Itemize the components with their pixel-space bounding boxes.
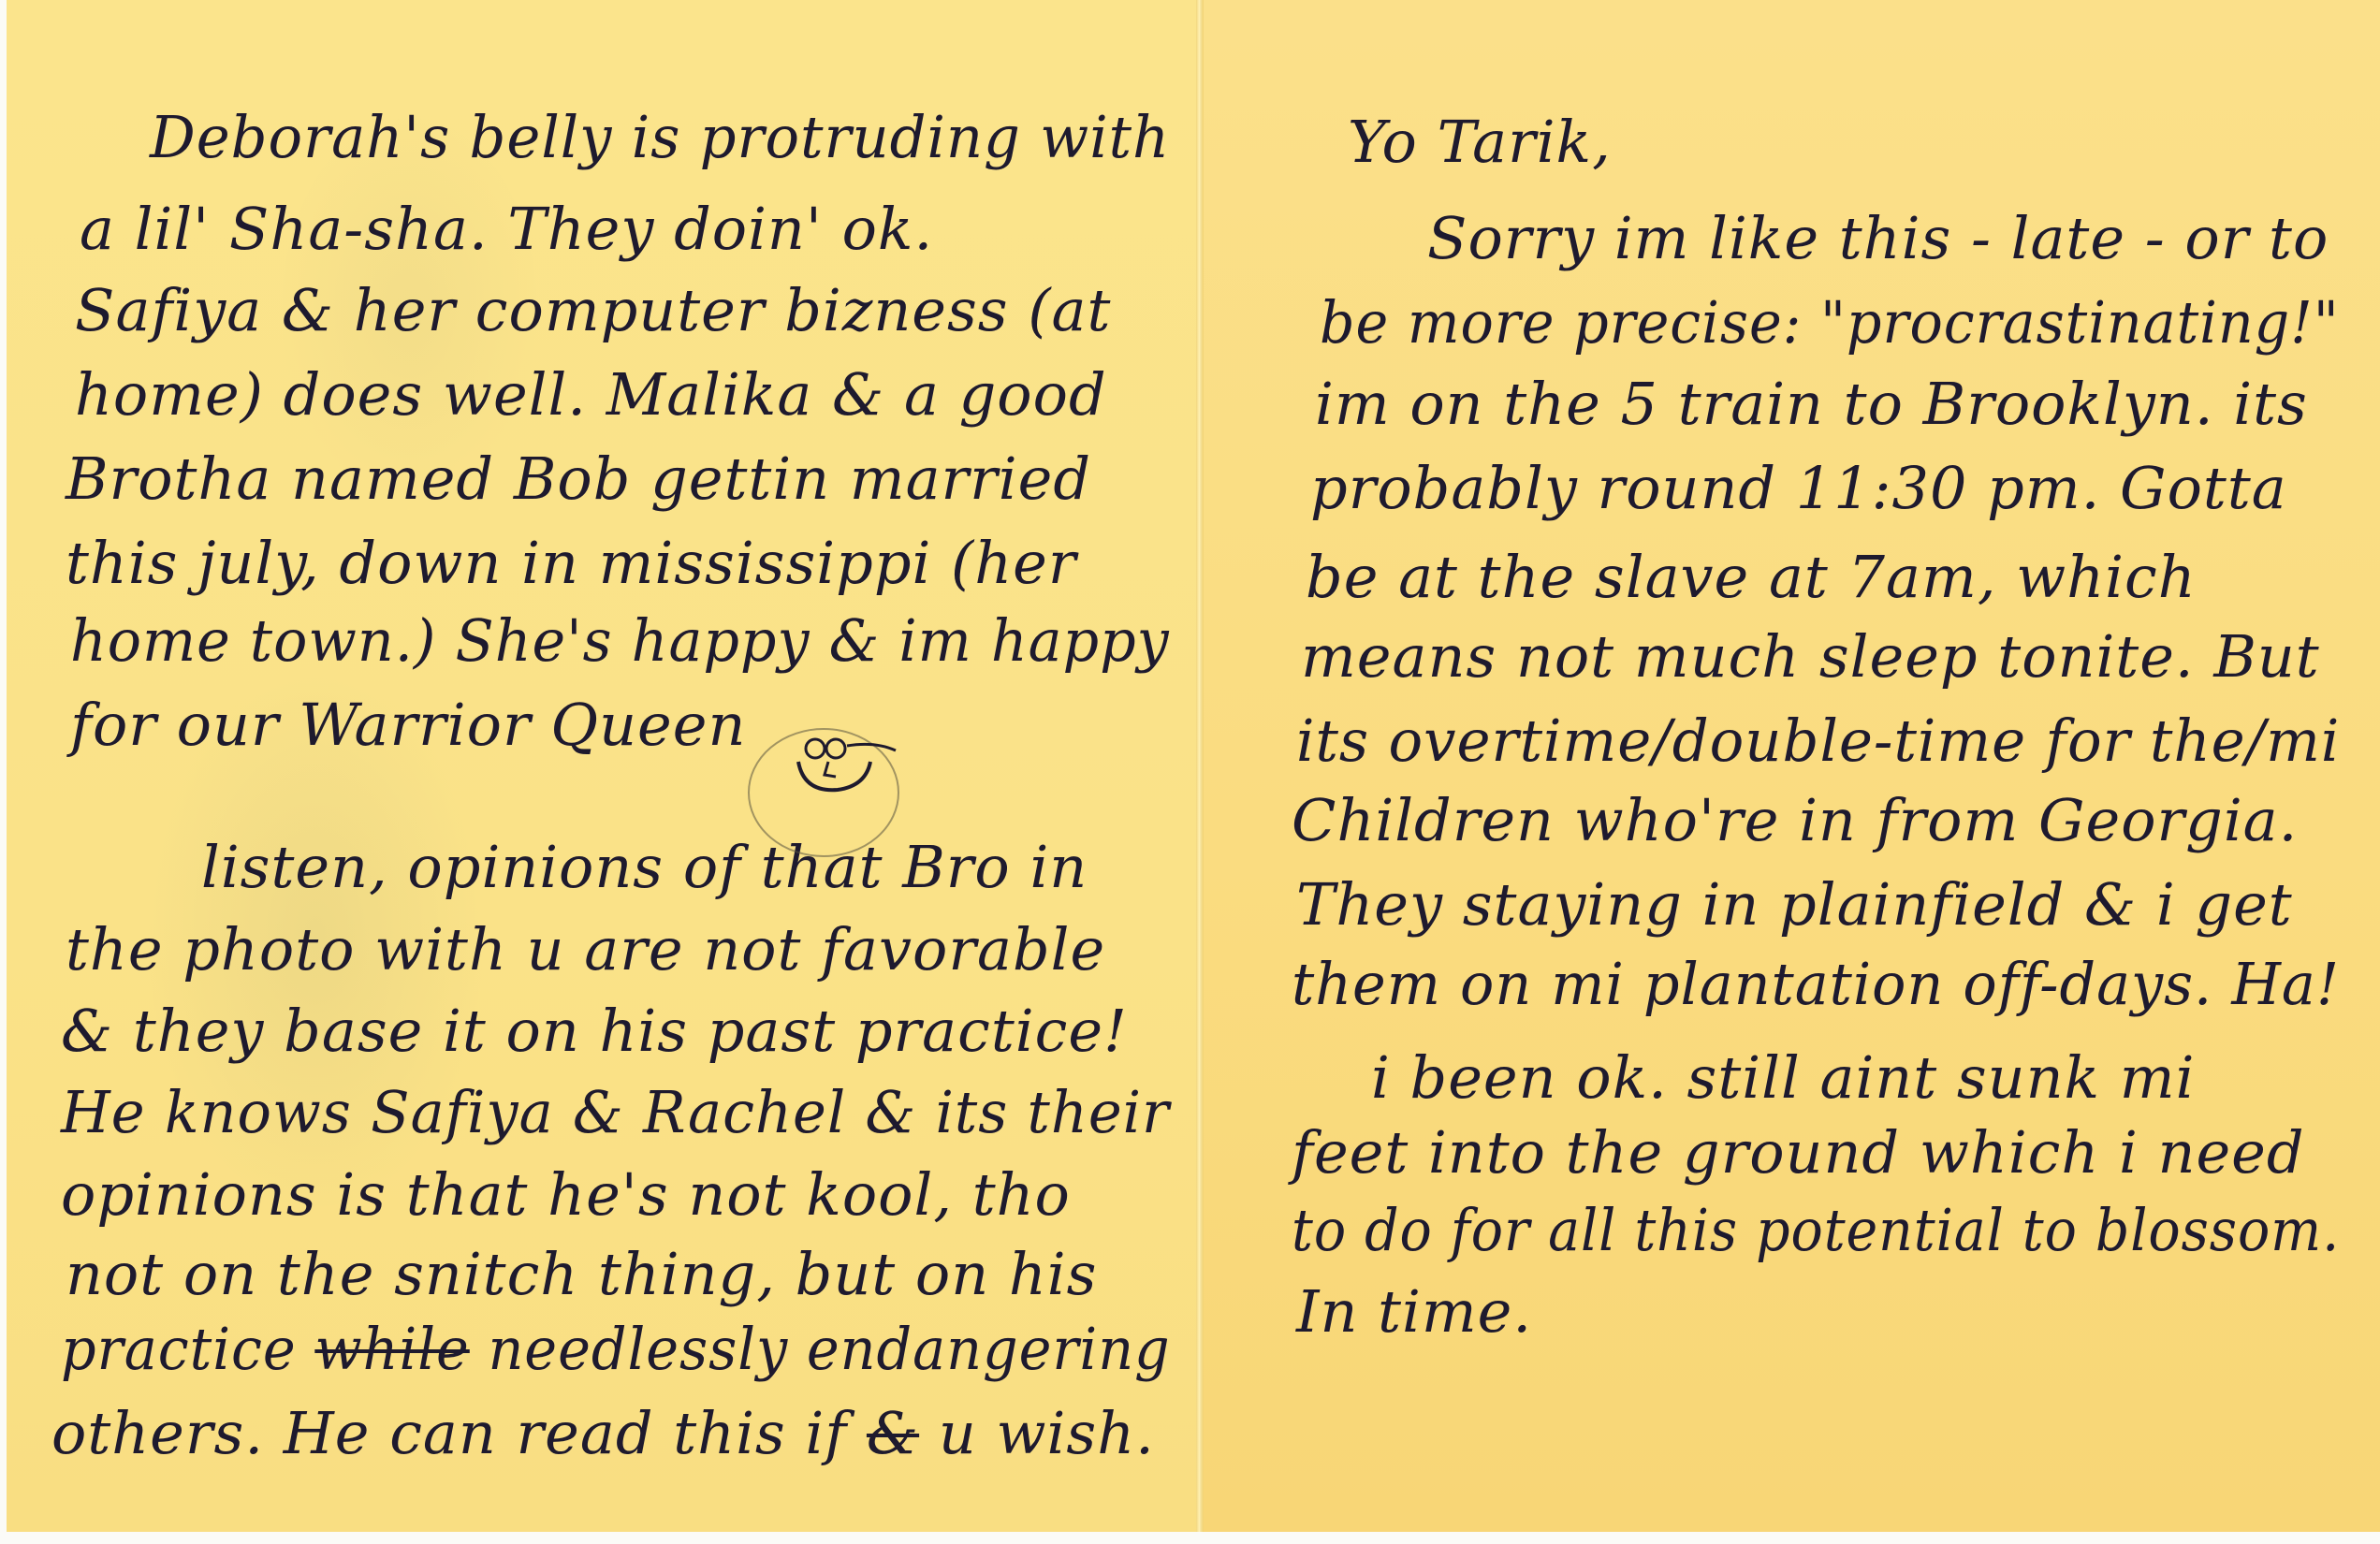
letter-line: & they base it on his past practice! <box>61 997 1128 1065</box>
letter-line: Brotha named Bob gettin married <box>66 444 1091 513</box>
letter-greeting: Yo Tarik, <box>1348 108 1612 176</box>
letter-line: to do for all this potential to blossom. <box>1292 1196 2340 1264</box>
paper-fold-crease <box>1196 0 1204 1532</box>
letter-line: be at the slave at 7am, which <box>1306 543 2197 611</box>
letter-word: u wish. <box>939 1399 1155 1467</box>
struck-word: while <box>314 1315 469 1383</box>
letter-line: means not much sleep tonite. But <box>1301 622 2320 691</box>
letter-line: listen, opinions of that Bro in <box>201 833 1088 901</box>
letter-line: others. He can read this if & u wish. <box>51 1399 1155 1467</box>
letter-line: In time. <box>1296 1277 1532 1346</box>
smiley-face-icon <box>735 704 903 863</box>
letter-line: its overtime/double-time for the/mi <box>1296 706 2340 775</box>
letter-line: practice while needlessly endangering <box>61 1315 1171 1383</box>
letter-line: not on the snitch thing, but on his <box>66 1240 1097 1308</box>
letter-line: Sorry im like this - late - or to <box>1427 204 2329 272</box>
letter-line: Safiya & her computer bizness (at <box>75 276 1111 344</box>
letter-line: this july, down in mississippi (her <box>66 529 1077 597</box>
letter-line: home town.) She's happy & im happy <box>70 606 1170 675</box>
letter-line: He knows Safiya & Rachel & its their <box>61 1078 1170 1146</box>
letter-line: opinions is that he's not kool, tho <box>61 1160 1071 1229</box>
struck-word: & <box>867 1399 919 1467</box>
letter-line: Children who're in from Georgia. <box>1292 786 2298 854</box>
letter-word: others. He can read this if <box>51 1399 847 1467</box>
letter-line: a lil' Sha-sha. They doin' ok. <box>80 195 933 263</box>
letter-line: for our Warrior Queen <box>70 691 746 759</box>
letter-line: the photo with u are not favorable <box>66 915 1105 983</box>
letter-line: im on the 5 train to Brooklyn. its <box>1315 370 2308 438</box>
letter-line: probably round 11:30 pm. Gotta <box>1310 454 2287 522</box>
letter-line: home) does well. Malika & a good <box>75 360 1107 429</box>
letter-line: feet into the ground which i need <box>1292 1118 2305 1187</box>
letter-word: practice <box>61 1315 297 1383</box>
letter-line: be more precise: "procrastinating!" <box>1320 288 2340 357</box>
letter-word: needlessly endangering <box>488 1315 1170 1383</box>
scan-margin <box>0 1532 2380 1544</box>
letter-line: them on mi plantation off-days. Ha! <box>1292 950 2340 1018</box>
letter-line: They staying in plainfield & i get <box>1296 870 2293 939</box>
letter-line: Deborah's belly is protruding with <box>150 103 1170 171</box>
letter-line: i been ok. still aint sunk mi <box>1371 1043 2195 1112</box>
